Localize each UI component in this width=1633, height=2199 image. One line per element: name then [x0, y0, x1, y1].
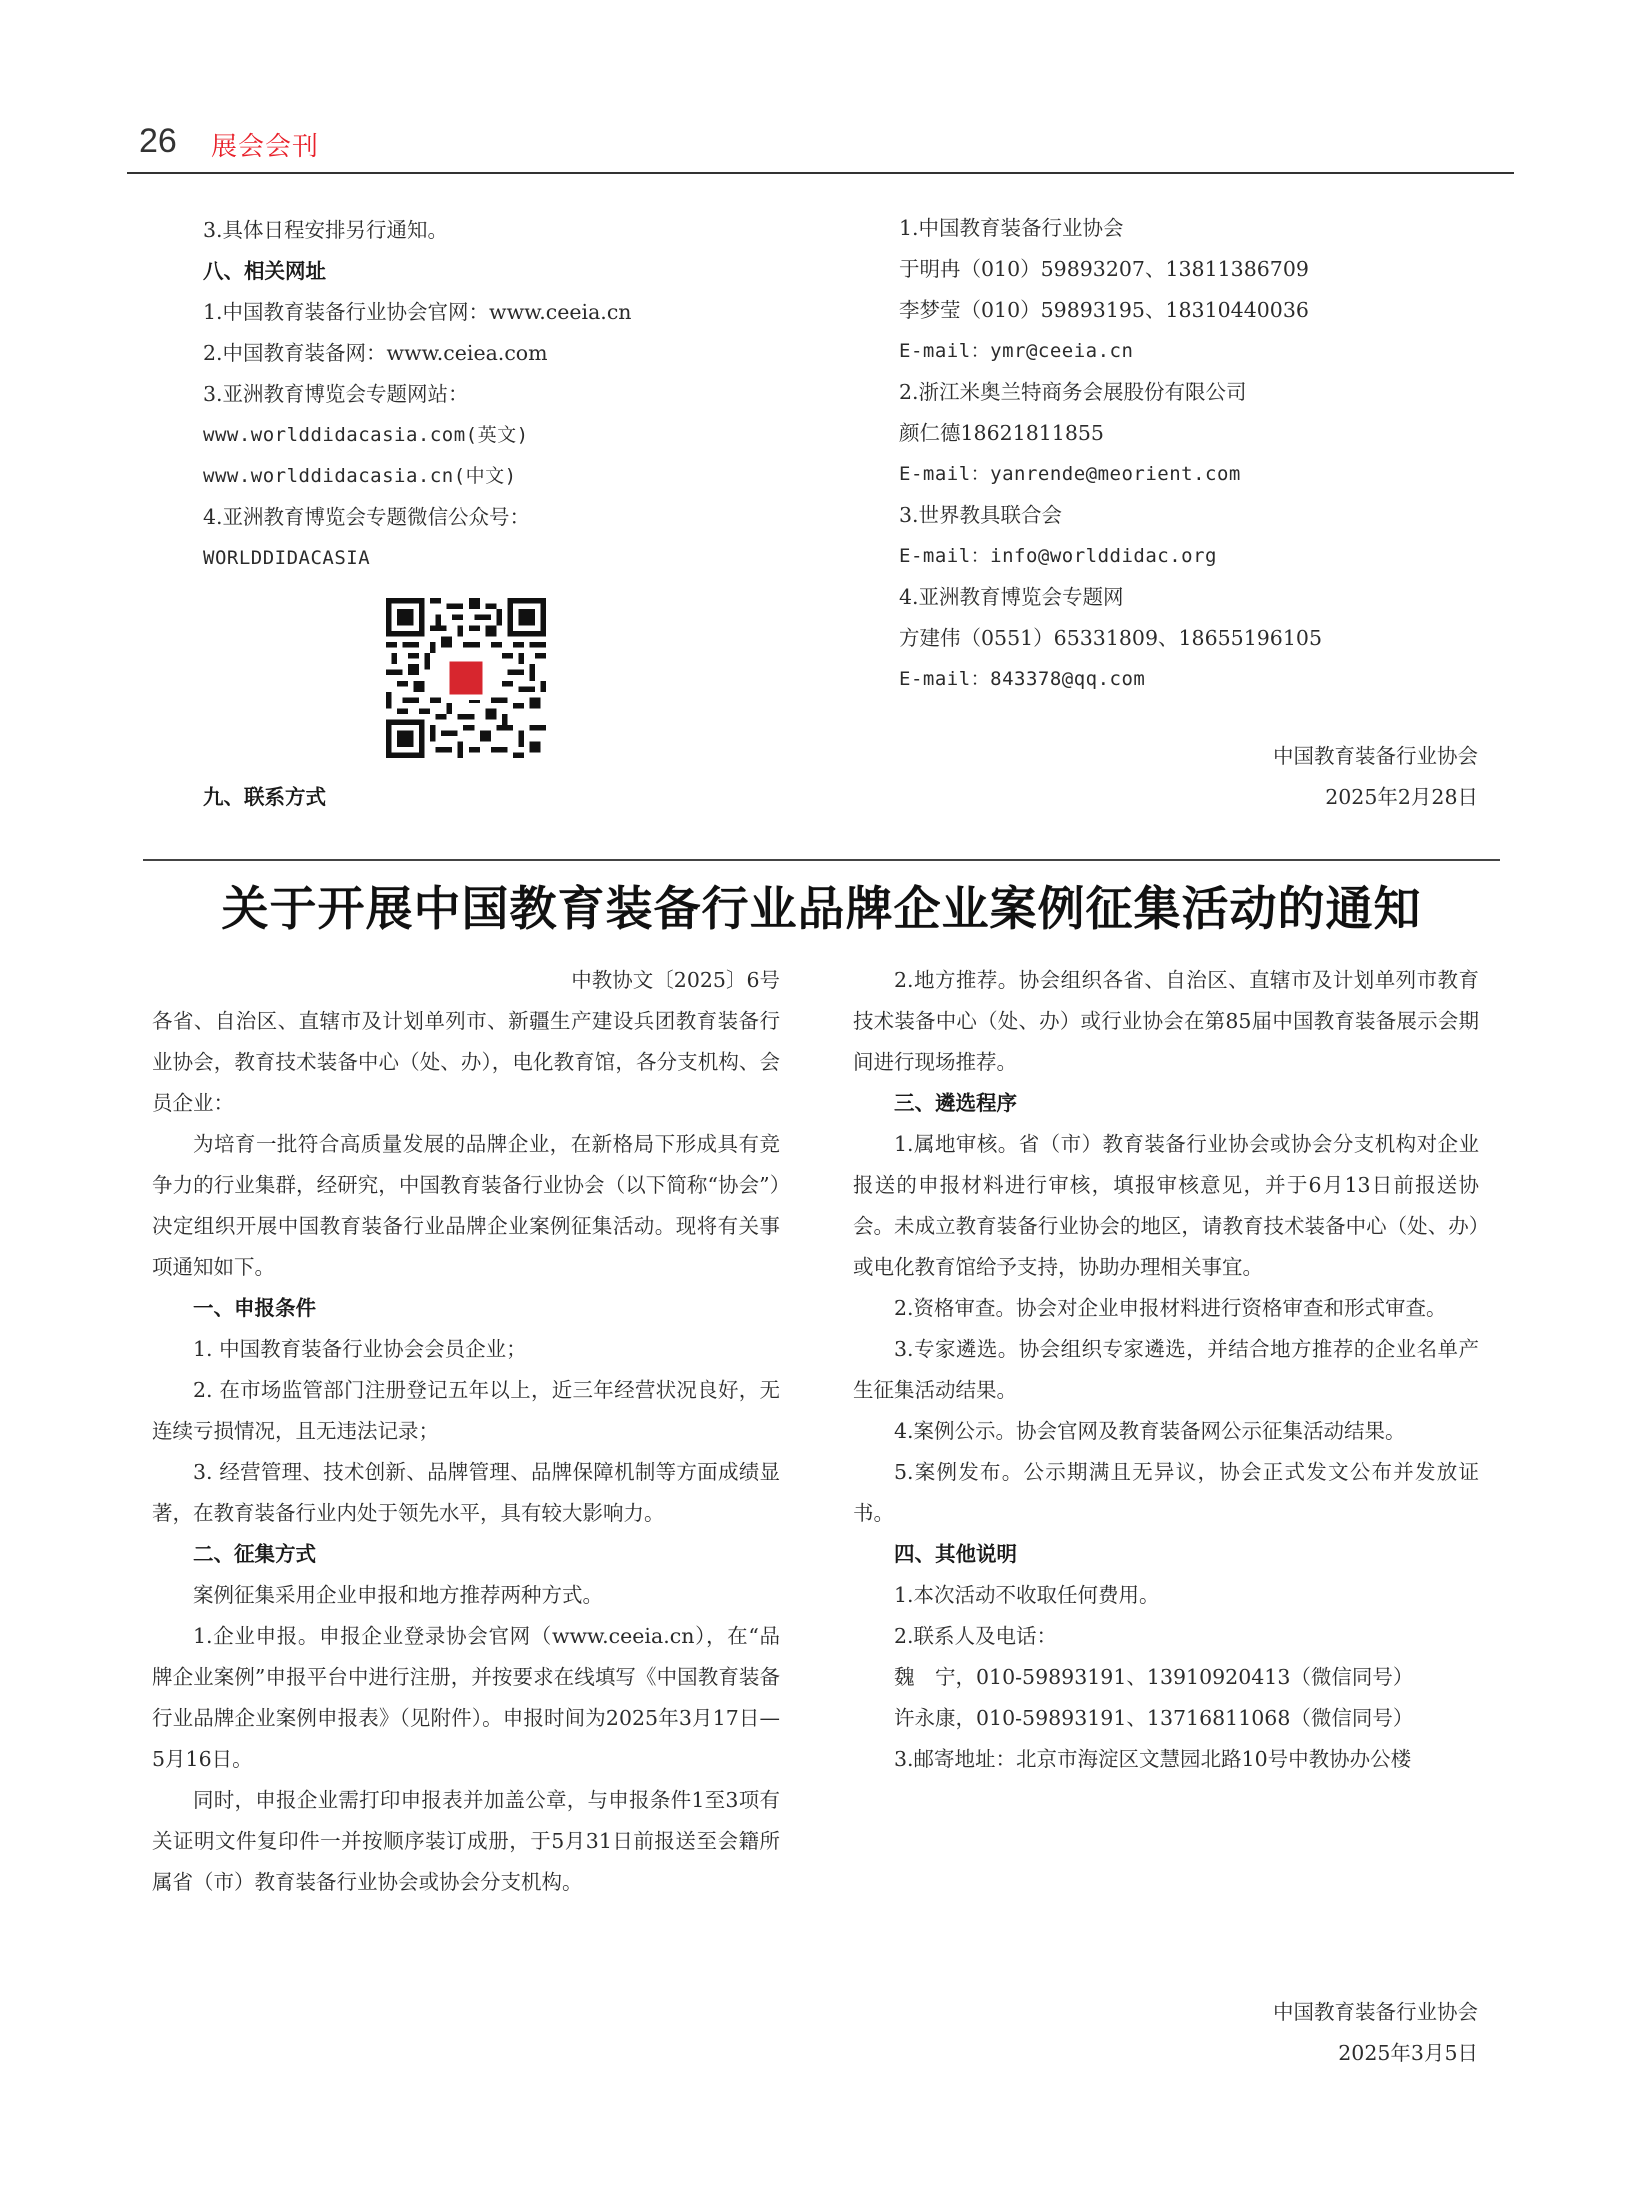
doc-number: 中教协文〔2025〕6号	[152, 960, 780, 1001]
contact-person: 魏 宁，010-59893191、13910920413（微信同号）	[853, 1657, 1479, 1698]
mailing-address: 3.邮寄地址：北京市海淀区文慧园北路10号中教协办公楼	[853, 1739, 1479, 1780]
section-2-heading: 二、征集方式	[152, 1534, 780, 1575]
contact-line: 方建伟（0551）65331809、18655196105	[899, 618, 1499, 659]
signature-org: 中国教育装备行业协会	[1000, 736, 1478, 777]
contact-line: 3.世界教具联合会	[899, 495, 1499, 536]
procedure-item: 4.案例公示。协会官网及教育装备网公示征集活动结果。	[853, 1411, 1479, 1452]
link-item: 3.亚洲教育博览会专题网站：	[203, 374, 663, 415]
method-2: 2.地方推荐。协会组织各省、自治区、直辖市及计划单列市教育技术装备中心（处、办）…	[853, 960, 1479, 1083]
notice-left-column: 中教协文〔2025〕6号 各省、自治区、直辖市及计划单列市、新疆生产建设兵团教育…	[152, 960, 780, 1903]
procedure-item: 2.资格审查。协会对企业申报材料进行资格审查和形式审查。	[853, 1288, 1479, 1329]
magazine-name: 展会会刊	[211, 126, 319, 163]
link-item: 1.中国教育装备行业协会官网：www.ceeia.cn	[203, 292, 663, 333]
addressees: 各省、自治区、直辖市及计划单列市、新疆生产建设兵团教育装备行业协会，教育技术装备…	[152, 1001, 780, 1124]
contact-person: 许永康，010-59893191、13716811068（微信同号）	[853, 1698, 1479, 1739]
signature-org: 中国教育装备行业协会	[1000, 1992, 1478, 2033]
page-header: 26 展会会刊	[127, 118, 1514, 174]
intro-paragraph: 为培育一批符合高质量发展的品牌企业，在新格局下形成具有竞争力的行业集群，经研究，…	[152, 1124, 780, 1288]
other-item: 1.本次活动不收取任何费用。	[853, 1575, 1479, 1616]
contact-line: 李梦莹（010）59893195、18310440036	[899, 290, 1499, 331]
prev-notice-right-column: 1.中国教育装备行业协会 于明冉（010）59893207、1381138670…	[899, 208, 1499, 700]
contact-line: 于明冉（010）59893207、13811386709	[899, 249, 1499, 290]
contact-email[interactable]: E-mail：info@worlddidac.org	[899, 536, 1499, 577]
section-9-heading: 九、联系方式	[203, 777, 326, 818]
section-3-heading: 三、遴选程序	[853, 1083, 1479, 1124]
condition-item: 2. 在市场监管部门注册登记五年以上，近三年经营状况良好，无连续亏损情况，且无违…	[152, 1370, 780, 1452]
link-item: 4.亚洲教育博览会专题微信公众号：	[203, 497, 663, 538]
section-1-heading: 一、申报条件	[152, 1288, 780, 1329]
notice-signature: 中国教育装备行业协会 2025年3月5日	[1000, 1992, 1478, 2074]
notice-title: 关于开展中国教育装备行业品牌企业案例征集活动的通知	[143, 878, 1500, 942]
contact-email[interactable]: E-mail：ymr@ceeia.cn	[899, 331, 1499, 372]
method-1-continued: 同时，申报企业需打印申报表并加盖公章，与申报条件1至3项有关证明文件复印件一并按…	[152, 1780, 780, 1903]
link-url-cn[interactable]: www.worlddidacasia.cn(中文)	[203, 456, 663, 497]
prev-notice-signature: 中国教育装备行业协会 2025年2月28日	[1000, 736, 1478, 818]
method-1: 1.企业申报。申报企业登录协会官网（www.ceeia.cn），在“品牌企业案例…	[152, 1616, 780, 1780]
notice-right-column: 2.地方推荐。协会组织各省、自治区、直辖市及计划单列市教育技术装备中心（处、办）…	[853, 960, 1479, 1780]
procedure-item: 1.属地审核。省（市）教育装备行业协会或协会分支机构对企业报送的申报材料进行审核…	[853, 1124, 1479, 1288]
contact-line: 1.中国教育装备行业协会	[899, 208, 1499, 249]
signature-date: 2025年3月5日	[1000, 2033, 1478, 2074]
procedure-item: 3.专家遴选。协会组织专家遴选，并结合地方推荐的企业名单产生征集活动结果。	[853, 1329, 1479, 1411]
section-divider	[143, 859, 1500, 861]
contact-line: 4.亚洲教育博览会专题网	[899, 577, 1499, 618]
method-intro: 案例征集采用企业申报和地方推荐两种方式。	[152, 1575, 780, 1616]
page-number: 26	[139, 122, 177, 161]
link-item: 2.中国教育装备网：www.ceiea.com	[203, 333, 663, 374]
contact-email[interactable]: E-mail：843378@qq.com	[899, 659, 1499, 700]
schedule-line: 3.具体日程安排另行通知。	[203, 210, 663, 251]
contact-line: 2.浙江米奥兰特商务会展股份有限公司	[899, 372, 1499, 413]
procedure-item: 5.案例发布。公示期满且无异议，协会正式发文公布并发放证书。	[853, 1452, 1479, 1534]
other-item: 2.联系人及电话：	[853, 1616, 1479, 1657]
condition-item: 3. 经营管理、技术创新、品牌管理、品牌保障机制等方面成绩显著，在教育装备行业内…	[152, 1452, 780, 1534]
section-4-heading: 四、其他说明	[853, 1534, 1479, 1575]
contact-email[interactable]: E-mail：yanrende@meorient.com	[899, 454, 1499, 495]
qr-code-icon	[386, 598, 546, 758]
prev-notice-left-column: 3.具体日程安排另行通知。 八、相关网址 1.中国教育装备行业协会官网：www.…	[203, 210, 663, 579]
signature-date: 2025年2月28日	[1000, 777, 1478, 818]
contact-line: 颜仁德18621811855	[899, 413, 1499, 454]
condition-item: 1. 中国教育装备行业协会会员企业；	[152, 1329, 780, 1370]
qr-logo-icon	[449, 661, 482, 694]
wechat-qr-code	[386, 598, 546, 758]
link-url-en[interactable]: www.worlddidacasia.com(英文)	[203, 415, 663, 456]
wechat-account: WORLDDIDACASIA	[203, 538, 663, 579]
section-8-heading: 八、相关网址	[203, 251, 663, 292]
